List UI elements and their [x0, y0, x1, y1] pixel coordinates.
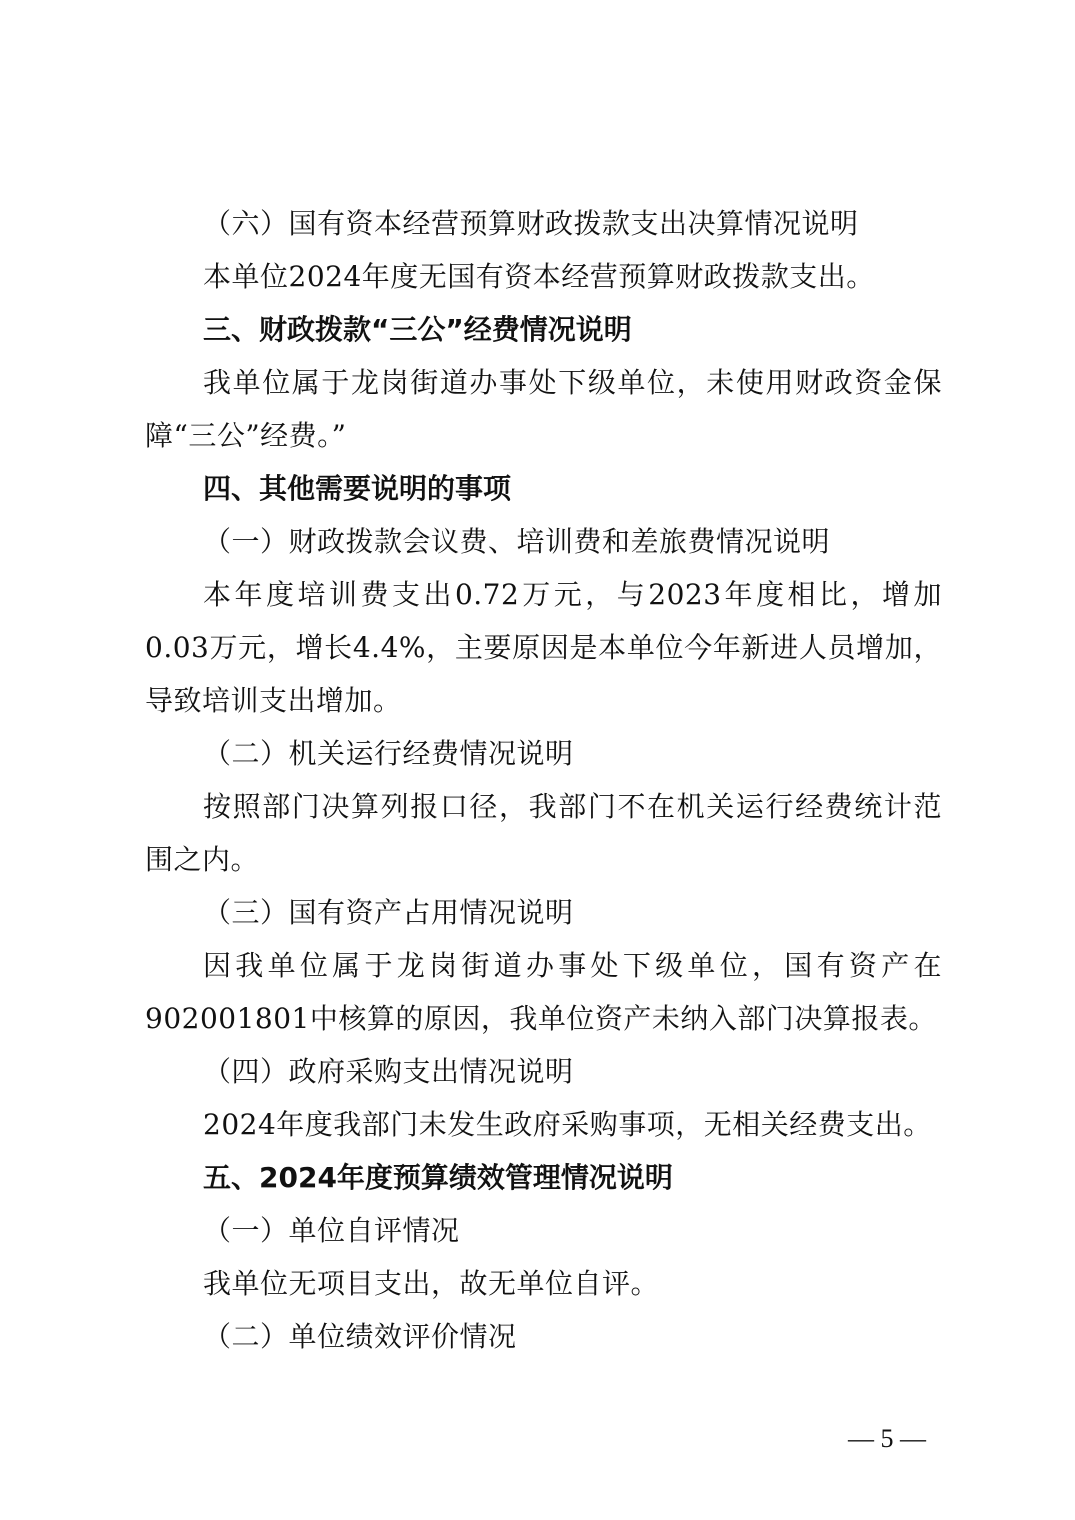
heading-three-public-expenses: 三、财政拨款“三公”经费情况说明	[145, 303, 942, 356]
paragraph-three-public-expenses: 我单位属于龙岗街道办事处下级单位，未使用财政资金保障“三公”经费。”	[145, 356, 942, 462]
subheading-meeting-training-travel: （一）财政拨款会议费、培训费和差旅费情况说明	[145, 515, 942, 568]
heading-other-matters: 四、其他需要说明的事项	[145, 462, 942, 515]
page-number: — 5 —	[848, 1424, 948, 1454]
subheading-government-procurement: （四）政府采购支出情况说明	[145, 1045, 942, 1098]
subheading-performance-evaluation: （二）单位绩效评价情况	[145, 1310, 942, 1363]
heading-performance-management: 五、2024年度预算绩效管理情况说明	[145, 1151, 942, 1204]
paragraph-state-assets: 因我单位属于龙岗街道办事处下级单位，国有资产在902001801中核算的原因，我…	[145, 939, 942, 1045]
subheading-self-evaluation: （一）单位自评情况	[145, 1204, 942, 1257]
subheading-state-assets: （三）国有资产占用情况说明	[145, 886, 942, 939]
document-page: （六）国有资本经营预算财政拨款支出决算情况说明 本单位2024年度无国有资本经营…	[145, 197, 942, 1363]
paragraph-training-expense: 本年度培训费支出0.72万元，与2023年度相比，增加0.03万元，增长4.4%…	[145, 568, 942, 727]
subheading-operating-expenses: （二）机关运行经费情况说明	[145, 727, 942, 780]
paragraph-government-procurement: 2024年度我部门未发生政府采购事项，无相关经费支出。	[145, 1098, 942, 1151]
paragraph-self-evaluation: 我单位无项目支出，故无单位自评。	[145, 1257, 942, 1310]
subheading-state-capital-budget: （六）国有资本经营预算财政拨款支出决算情况说明	[145, 197, 942, 250]
paragraph-state-capital-budget: 本单位2024年度无国有资本经营预算财政拨款支出。	[145, 250, 942, 303]
paragraph-operating-expenses: 按照部门决算列报口径，我部门不在机关运行经费统计范围之内。	[145, 780, 942, 886]
